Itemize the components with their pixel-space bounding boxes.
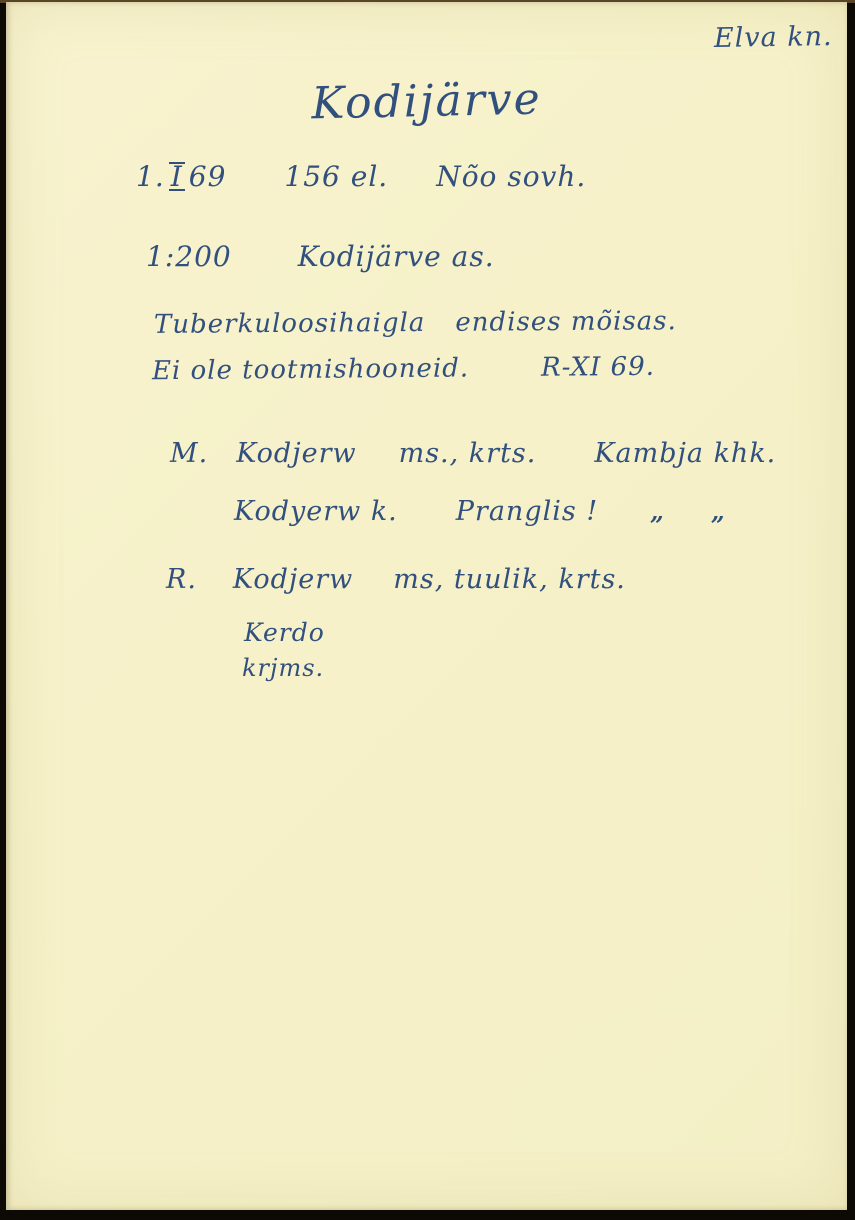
survey-code: R-XI 69. <box>541 352 655 383</box>
entry-r-attributes: ms, tuulik, krts. <box>393 564 626 595</box>
corner-district-note: Elva kn. <box>714 21 833 54</box>
note-line-1: Tuberkuloosihaigla endises mõisas. <box>154 306 677 340</box>
entry-m-name: Kodjerw <box>236 438 356 469</box>
entry-r-line: R. Kodjerw ms, tuulik, krts. <box>166 564 626 595</box>
note1-word1: Tuberkuloosihaigla <box>154 308 426 340</box>
date-prefix: 1. <box>136 160 165 193</box>
entry-m-parish: Kambja khk. <box>594 438 776 469</box>
place-name-title: Kodijärve <box>311 74 542 130</box>
farm-name: Nõo sovh. <box>436 160 586 193</box>
population-count: 156 el. <box>284 160 388 193</box>
stats-line: 1. I 69 156 el. Nõo sovh. <box>136 160 586 193</box>
entry-m-line: M. Kodjerw ms., krts. Kambja khk. <box>170 438 776 469</box>
entry-r-initial: R. <box>166 564 197 595</box>
entry-m-sub-name: Kodyerw k. <box>234 496 398 527</box>
roman-month: I <box>169 162 185 191</box>
map-scale: 1:200 <box>146 240 232 273</box>
ditto-mark: „ <box>650 497 665 526</box>
paper-sheet: Elva kn. Kodijärve 1. I 69 156 el. Nõo s… <box>6 2 847 1210</box>
scale-line: 1:200 Kodijärve as. <box>146 240 495 273</box>
entry-r-subline-2: krjms. <box>242 654 324 682</box>
entry-m-attributes: ms., krts. <box>399 438 537 469</box>
note1-word2: endises mõisas. <box>455 306 677 338</box>
note-line-2: Ei ole tootmishooneid. R-XI 69. <box>152 352 655 386</box>
district-label: Elva kn. <box>714 21 833 54</box>
entry-r-sub2-text: krjms. <box>242 654 324 682</box>
settlement-name: Kodijärve as. <box>298 240 495 273</box>
entry-m-initial: M. <box>170 438 208 469</box>
entry-m-subline: Kodyerw k. Pranglis ! „ „ <box>234 496 726 527</box>
note2-text: Ei ole tootmishooneid. <box>152 353 469 386</box>
date-year: 69 <box>189 160 227 193</box>
entry-r-subline-1: Kerdo <box>244 618 325 647</box>
page-title: Kodijärve <box>6 67 848 136</box>
entry-m-sub-note: Pranglis ! <box>456 496 598 527</box>
entry-r-sub1-text: Kerdo <box>244 618 325 647</box>
ditto-mark: „ <box>711 497 726 526</box>
entry-r-name: Kodjerw <box>233 564 353 595</box>
scanned-card: Elva kn. Kodijärve 1. I 69 156 el. Nõo s… <box>0 0 855 1220</box>
